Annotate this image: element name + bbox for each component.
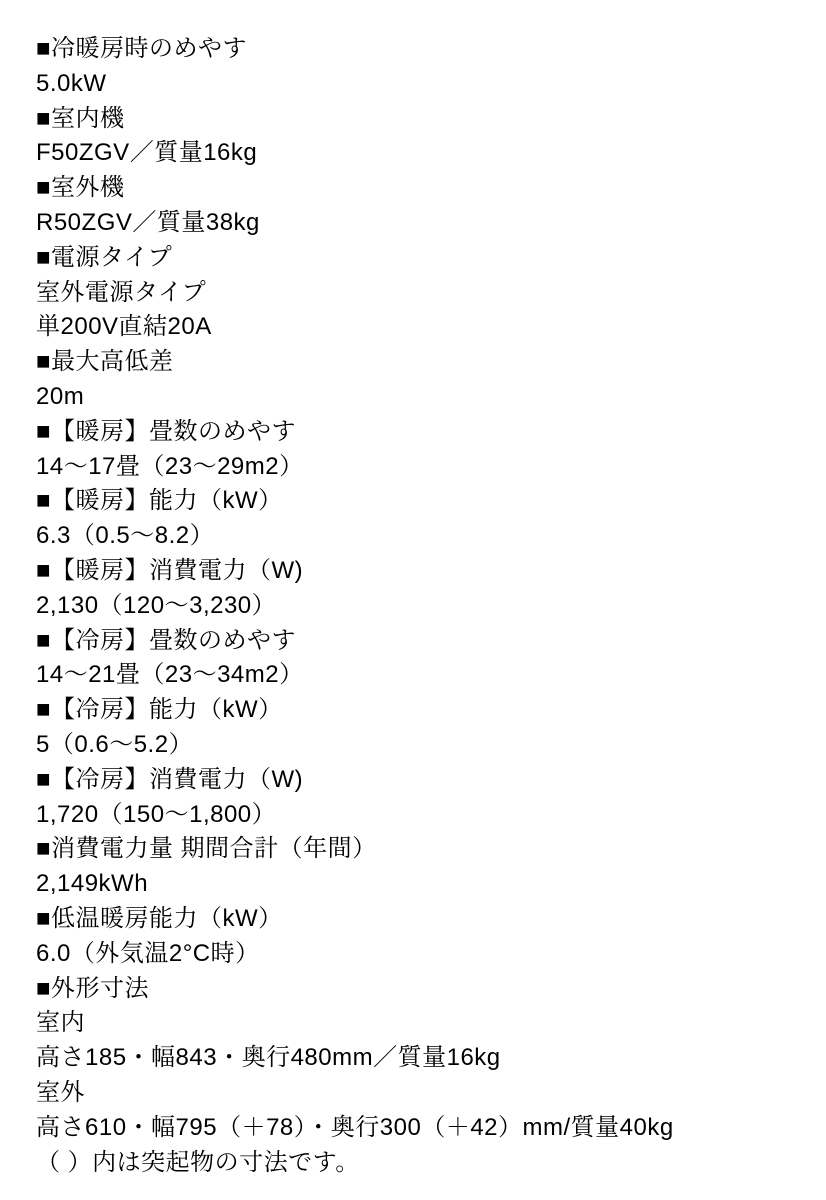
spec-value: 2,149kWh xyxy=(36,867,808,902)
spec-section-header: ■【冷房】能力（kW） xyxy=(36,693,808,728)
spec-value: 14〜21畳（23〜34m2） xyxy=(36,658,808,693)
spec-value: 高さ610・幅795（＋78）・奥行300（＋42）mm/質量40kg xyxy=(36,1111,808,1146)
spec-value: 室内 xyxy=(36,1006,808,1041)
spec-section-header: ■【暖房】畳数のめやす xyxy=(36,415,808,450)
spec-section-header: ■【暖房】消費電力（W) xyxy=(36,554,808,589)
spec-section-header: ■【冷房】消費電力（W) xyxy=(36,763,808,798)
spec-footnote: （ ）内は突起物の寸法です。 xyxy=(36,1146,808,1181)
spec-value: 5（0.6〜5.2） xyxy=(36,728,808,763)
spec-value: 室外電源タイプ xyxy=(36,276,808,311)
spec-section-header: ■室外機 xyxy=(36,171,808,206)
spec-section-header: ■【冷房】畳数のめやす xyxy=(36,624,808,659)
spec-value: 14〜17畳（23〜29m2） xyxy=(36,450,808,485)
spec-section-header: ■【暖房】能力（kW） xyxy=(36,484,808,519)
spec-value: 1,720（150〜1,800） xyxy=(36,798,808,833)
spec-value: 6.0（外気温2°C時） xyxy=(36,937,808,972)
spec-section-header: ■低温暖房能力（kW） xyxy=(36,902,808,937)
spec-value: 室外 xyxy=(36,1076,808,1111)
spec-section-header: ■最大高低差 xyxy=(36,345,808,380)
product-spec-list: ■冷暖房時のめやす 5.0kW ■室内機 F50ZGV／質量16kg ■室外機 … xyxy=(0,0,826,1180)
spec-section-header: ■外形寸法 xyxy=(36,972,808,1007)
spec-section-header: ■消費電力量 期間合計（年間） xyxy=(36,832,808,867)
spec-value: 高さ185・幅843・奥行480mm／質量16kg xyxy=(36,1041,808,1076)
spec-value: 2,130（120〜3,230） xyxy=(36,589,808,624)
spec-value: 20m xyxy=(36,380,808,415)
spec-value: 単200V直結20A xyxy=(36,310,808,345)
spec-value: 6.3（0.5〜8.2） xyxy=(36,519,808,554)
spec-value: R50ZGV／質量38kg xyxy=(36,206,808,241)
spec-value: 5.0kW xyxy=(36,67,808,102)
spec-section-header: ■室内機 xyxy=(36,102,808,137)
spec-section-header: ■電源タイプ xyxy=(36,241,808,276)
spec-value: F50ZGV／質量16kg xyxy=(36,136,808,171)
spec-section-header: ■冷暖房時のめやす xyxy=(36,32,808,67)
